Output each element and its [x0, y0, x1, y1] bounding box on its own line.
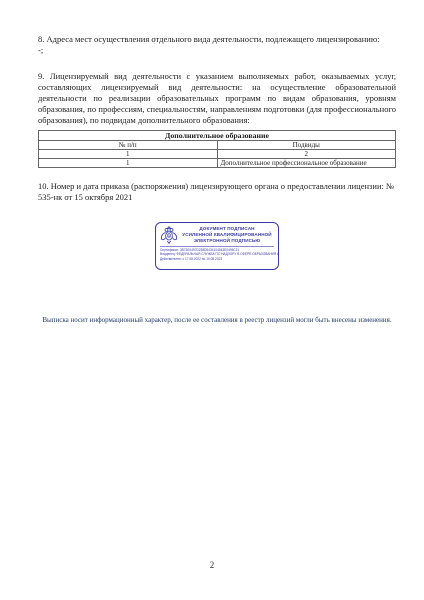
stamp-divider	[160, 246, 274, 247]
informational-note: Выписка носит информационный характер, п…	[38, 316, 396, 324]
stamp-details: Сертификат: 3B72E0497D238D5434104943E049…	[156, 248, 278, 261]
section-8-heading: 8. Адреса мест осуществления отдельного …	[38, 34, 396, 45]
table-title-row: Дополнительное образование	[39, 131, 396, 141]
table-title: Дополнительное образование	[39, 131, 396, 141]
table-row-name: Дополнительное профессиональное образова…	[217, 159, 396, 168]
section-10-text: 10. Номер и дата приказа (распоряжения) …	[38, 181, 394, 202]
section-9: 9. Лицензируемый вид деятельности с указ…	[38, 71, 396, 126]
table-header-podvidy: Подвиды	[217, 141, 396, 150]
table-row: 1 Дополнительное профессиональное образо…	[39, 159, 396, 168]
document-page: 8. Адреса мест осуществления отдельного …	[0, 0, 424, 600]
stamp-owner: Владелец: ФЕДЕРАЛЬНАЯ СЛУЖБА ПО НАДЗОРУ …	[160, 252, 274, 256]
coat-of-arms-icon	[159, 225, 179, 245]
table-header-npp: № п/п	[39, 141, 218, 150]
table-colnum-2: 2	[217, 150, 396, 159]
stamp-title: ДОКУМЕНТ ПОДПИСАН УСИЛЕННОЙ КВАЛИФИЦИРОВ…	[179, 226, 275, 243]
table-header-row: № п/п Подвиды	[39, 141, 396, 150]
page-number: 2	[0, 560, 424, 570]
section-8-value: -;	[38, 45, 396, 56]
table-row-num: 1	[39, 159, 218, 168]
section-10: 10. Номер и дата приказа (распоряжения) …	[38, 181, 396, 203]
section-8: 8. Адреса мест осуществления отдельного …	[38, 34, 396, 56]
stamp-validity: Действителен: с 17.08.2022 по 10.08.2023	[160, 257, 274, 261]
table-column-number-row: 1 2	[39, 150, 396, 159]
digital-signature-stamp: ДОКУМЕНТ ПОДПИСАН УСИЛЕННОЙ КВАЛИФИЦИРОВ…	[155, 222, 279, 270]
stamp-title-line3: ЭЛЕКТРОННОЙ ПОДПИСЬЮ	[179, 238, 275, 244]
section-9-text: 9. Лицензируемый вид деятельности с указ…	[38, 71, 396, 125]
stamp-header: ДОКУМЕНТ ПОДПИСАН УСИЛЕННОЙ КВАЛИФИЦИРОВ…	[156, 223, 278, 245]
table-colnum-1: 1	[39, 150, 218, 159]
additional-education-table: Дополнительное образование № п/п Подвиды…	[38, 130, 396, 168]
